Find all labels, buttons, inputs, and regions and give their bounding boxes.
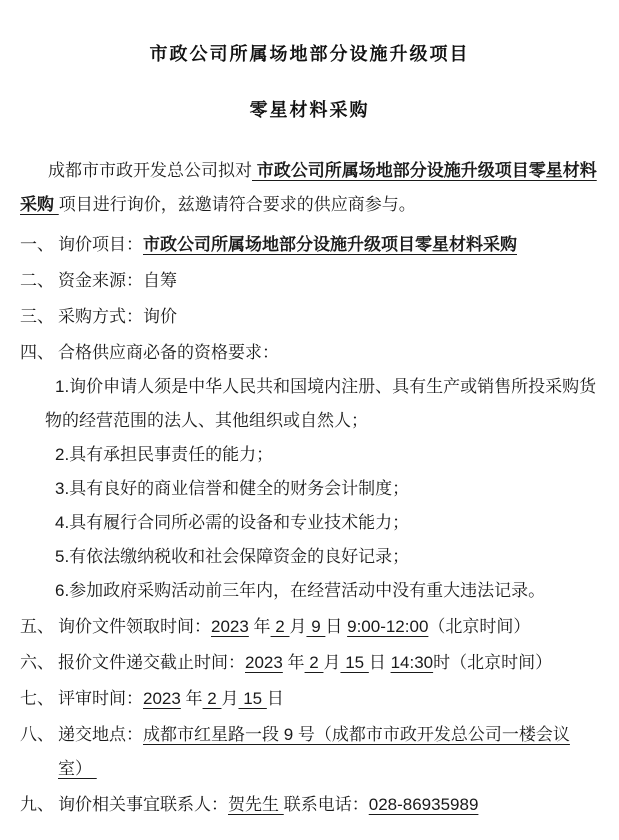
item-row: 八、递交地点：成都市红星路一段 9 号（成都市市政开发总公司一楼会议室） [20, 718, 599, 786]
item-inquiry-project: 一、询价项目：市政公司所属场地部分设施升级项目零星材料采购 [20, 228, 599, 262]
item-number: 八、 [20, 718, 58, 786]
item-review-time: 七、评审时间：2023 年 2 月 15 日 [20, 682, 599, 716]
item-content: 询价项目：市政公司所属场地部分设施升级项目零星材料采购 [58, 228, 599, 262]
text-segment: 年 [181, 689, 203, 708]
item-list: 一、询价项目：市政公司所属场地部分设施升级项目零星材料采购二、资金来源：自筹三、… [20, 228, 599, 822]
item-row: 一、询价项目：市政公司所属场地部分设施升级项目零星材料采购 [20, 228, 599, 262]
text-segment: 询价 [143, 307, 177, 326]
item-number: 六、 [20, 646, 58, 680]
item-content: 询价相关事宜联系人：贺先生 联系电话：028-86935989 [58, 788, 599, 822]
text-segment: 询价文件领取时间： [58, 617, 211, 636]
underlined-value: 2023 [211, 617, 249, 636]
underlined-value: 市政公司所属场地部分设施升级项目零星材料采购 [143, 235, 517, 254]
item-supplier-qualifications: 四、合格供应商必备的资格要求：1.询价申请人须是中华人民共和国境内注册、具有生产… [20, 336, 599, 608]
item-number: 三、 [20, 300, 58, 334]
text-segment: 联系电话： [284, 795, 369, 814]
text-segment: 评审时间： [58, 689, 143, 708]
underlined-value: 9 [306, 617, 325, 636]
text-segment: 资金来源： [58, 271, 143, 290]
qualification-subitem: 4.具有履行合同所必需的设备和专业技术能力； [20, 506, 599, 540]
item-number: 五、 [20, 610, 58, 644]
underlined-value: 2 [203, 689, 222, 708]
item-number: 九、 [20, 788, 58, 822]
document-subtitle: 零星材料采购 [20, 96, 599, 122]
item-row: 七、评审时间：2023 年 2 月 15 日 [20, 682, 599, 716]
underlined-value: 15 [238, 689, 266, 708]
item-funding-source: 二、资金来源：自筹 [20, 264, 599, 298]
text-segment: 项目进行询价，兹邀请符合要求的供应商参与。 [59, 195, 416, 214]
item-submission-address: 八、递交地点：成都市红星路一段 9 号（成都市市政开发总公司一楼会议室） [20, 718, 599, 786]
item-row: 三、采购方式：询价 [20, 300, 599, 334]
text-segment: 成都市市政开发总公司拟对 [48, 161, 252, 180]
text-segment: 报价文件递交截止时间： [58, 653, 245, 672]
text-segment: 月 [289, 617, 306, 636]
text-segment: 年 [249, 617, 271, 636]
text-segment: 日 [267, 689, 284, 708]
underlined-value: 15 [340, 653, 368, 672]
text-segment: 自筹 [143, 271, 177, 290]
text-segment: 合格供应商必备的资格要求： [58, 343, 279, 362]
item-number: 七、 [20, 682, 58, 716]
item-content: 递交地点：成都市红星路一段 9 号（成都市市政开发总公司一楼会议室） [58, 718, 599, 786]
intro-paragraph: 成都市市政开发总公司拟对 市政公司所属场地部分设施升级项目零星材料采购 项目进行… [20, 154, 599, 222]
item-row: 六、报价文件递交截止时间：2023 年 2 月 15 日 14:30时（北京时间… [20, 646, 599, 680]
text-segment: （北京时间） [428, 617, 530, 636]
item-procurement-method: 三、采购方式：询价 [20, 300, 599, 334]
underlined-value: 9:00-12:00 [347, 617, 428, 636]
item-contact-info: 九、询价相关事宜联系人：贺先生 联系电话：028-86935989 [20, 788, 599, 822]
item-row: 二、资金来源：自筹 [20, 264, 599, 298]
text-segment: 日 [369, 653, 391, 672]
underlined-value: 2 [305, 653, 324, 672]
text-segment: 递交地点： [58, 725, 143, 744]
underlined-value: 14:30 [391, 653, 434, 672]
underlined-value: 2 [271, 617, 290, 636]
item-content: 报价文件递交截止时间：2023 年 2 月 15 日 14:30时（北京时间） [58, 646, 599, 680]
item-row: 四、合格供应商必备的资格要求： [20, 336, 599, 370]
underlined-value: 028-86935989 [369, 795, 479, 814]
underlined-value: 2023 [245, 653, 283, 672]
text-segment: 月 [323, 653, 340, 672]
text-segment: 月 [221, 689, 238, 708]
item-content: 采购方式：询价 [58, 300, 599, 334]
document-title: 市政公司所属场地部分设施升级项目 [20, 40, 599, 66]
item-document-collection-time: 五、询价文件领取时间：2023 年 2 月 9 日 9:00-12:00（北京时… [20, 610, 599, 644]
item-number: 四、 [20, 336, 58, 370]
item-content: 资金来源：自筹 [58, 264, 599, 298]
qualification-subitem: 3.具有良好的商业信誉和健全的财务会计制度； [20, 472, 599, 506]
underlined-value: 贺先生 [228, 795, 284, 814]
qualification-subitem: 1.询价申请人须是中华人民共和国境内注册、具有生产或销售所投采购货物的经营范围的… [20, 370, 599, 438]
text-segment: 年 [283, 653, 305, 672]
text-segment: 询价项目： [58, 235, 143, 254]
item-row: 九、询价相关事宜联系人：贺先生 联系电话：028-86935989 [20, 788, 599, 822]
item-content: 合格供应商必备的资格要求： [58, 336, 599, 370]
item-number: 一、 [20, 228, 58, 262]
item-content: 评审时间：2023 年 2 月 15 日 [58, 682, 599, 716]
qualification-subitem: 2.具有承担民事责任的能力； [20, 438, 599, 472]
text-segment: 日 [325, 617, 347, 636]
document-page: 市政公司所属场地部分设施升级项目 零星材料采购 成都市市政开发总公司拟对 市政公… [0, 0, 619, 840]
text-segment: 采购方式： [58, 307, 143, 326]
qualification-subitem: 6.参加政府采购活动前三年内，在经营活动中没有重大违法记录。 [20, 574, 599, 608]
item-quotation-deadline: 六、报价文件递交截止时间：2023 年 2 月 15 日 14:30时（北京时间… [20, 646, 599, 680]
item-row: 五、询价文件领取时间：2023 年 2 月 9 日 9:00-12:00（北京时… [20, 610, 599, 644]
underlined-value: 2023 [143, 689, 181, 708]
item-content: 询价文件领取时间：2023 年 2 月 9 日 9:00-12:00（北京时间） [58, 610, 599, 644]
qualification-subitem: 5.有依法缴纳税收和社会保障资金的良好记录； [20, 540, 599, 574]
item-number: 二、 [20, 264, 58, 298]
text-segment: 询价相关事宜联系人： [58, 795, 228, 814]
text-segment: 时（北京时间） [433, 653, 552, 672]
